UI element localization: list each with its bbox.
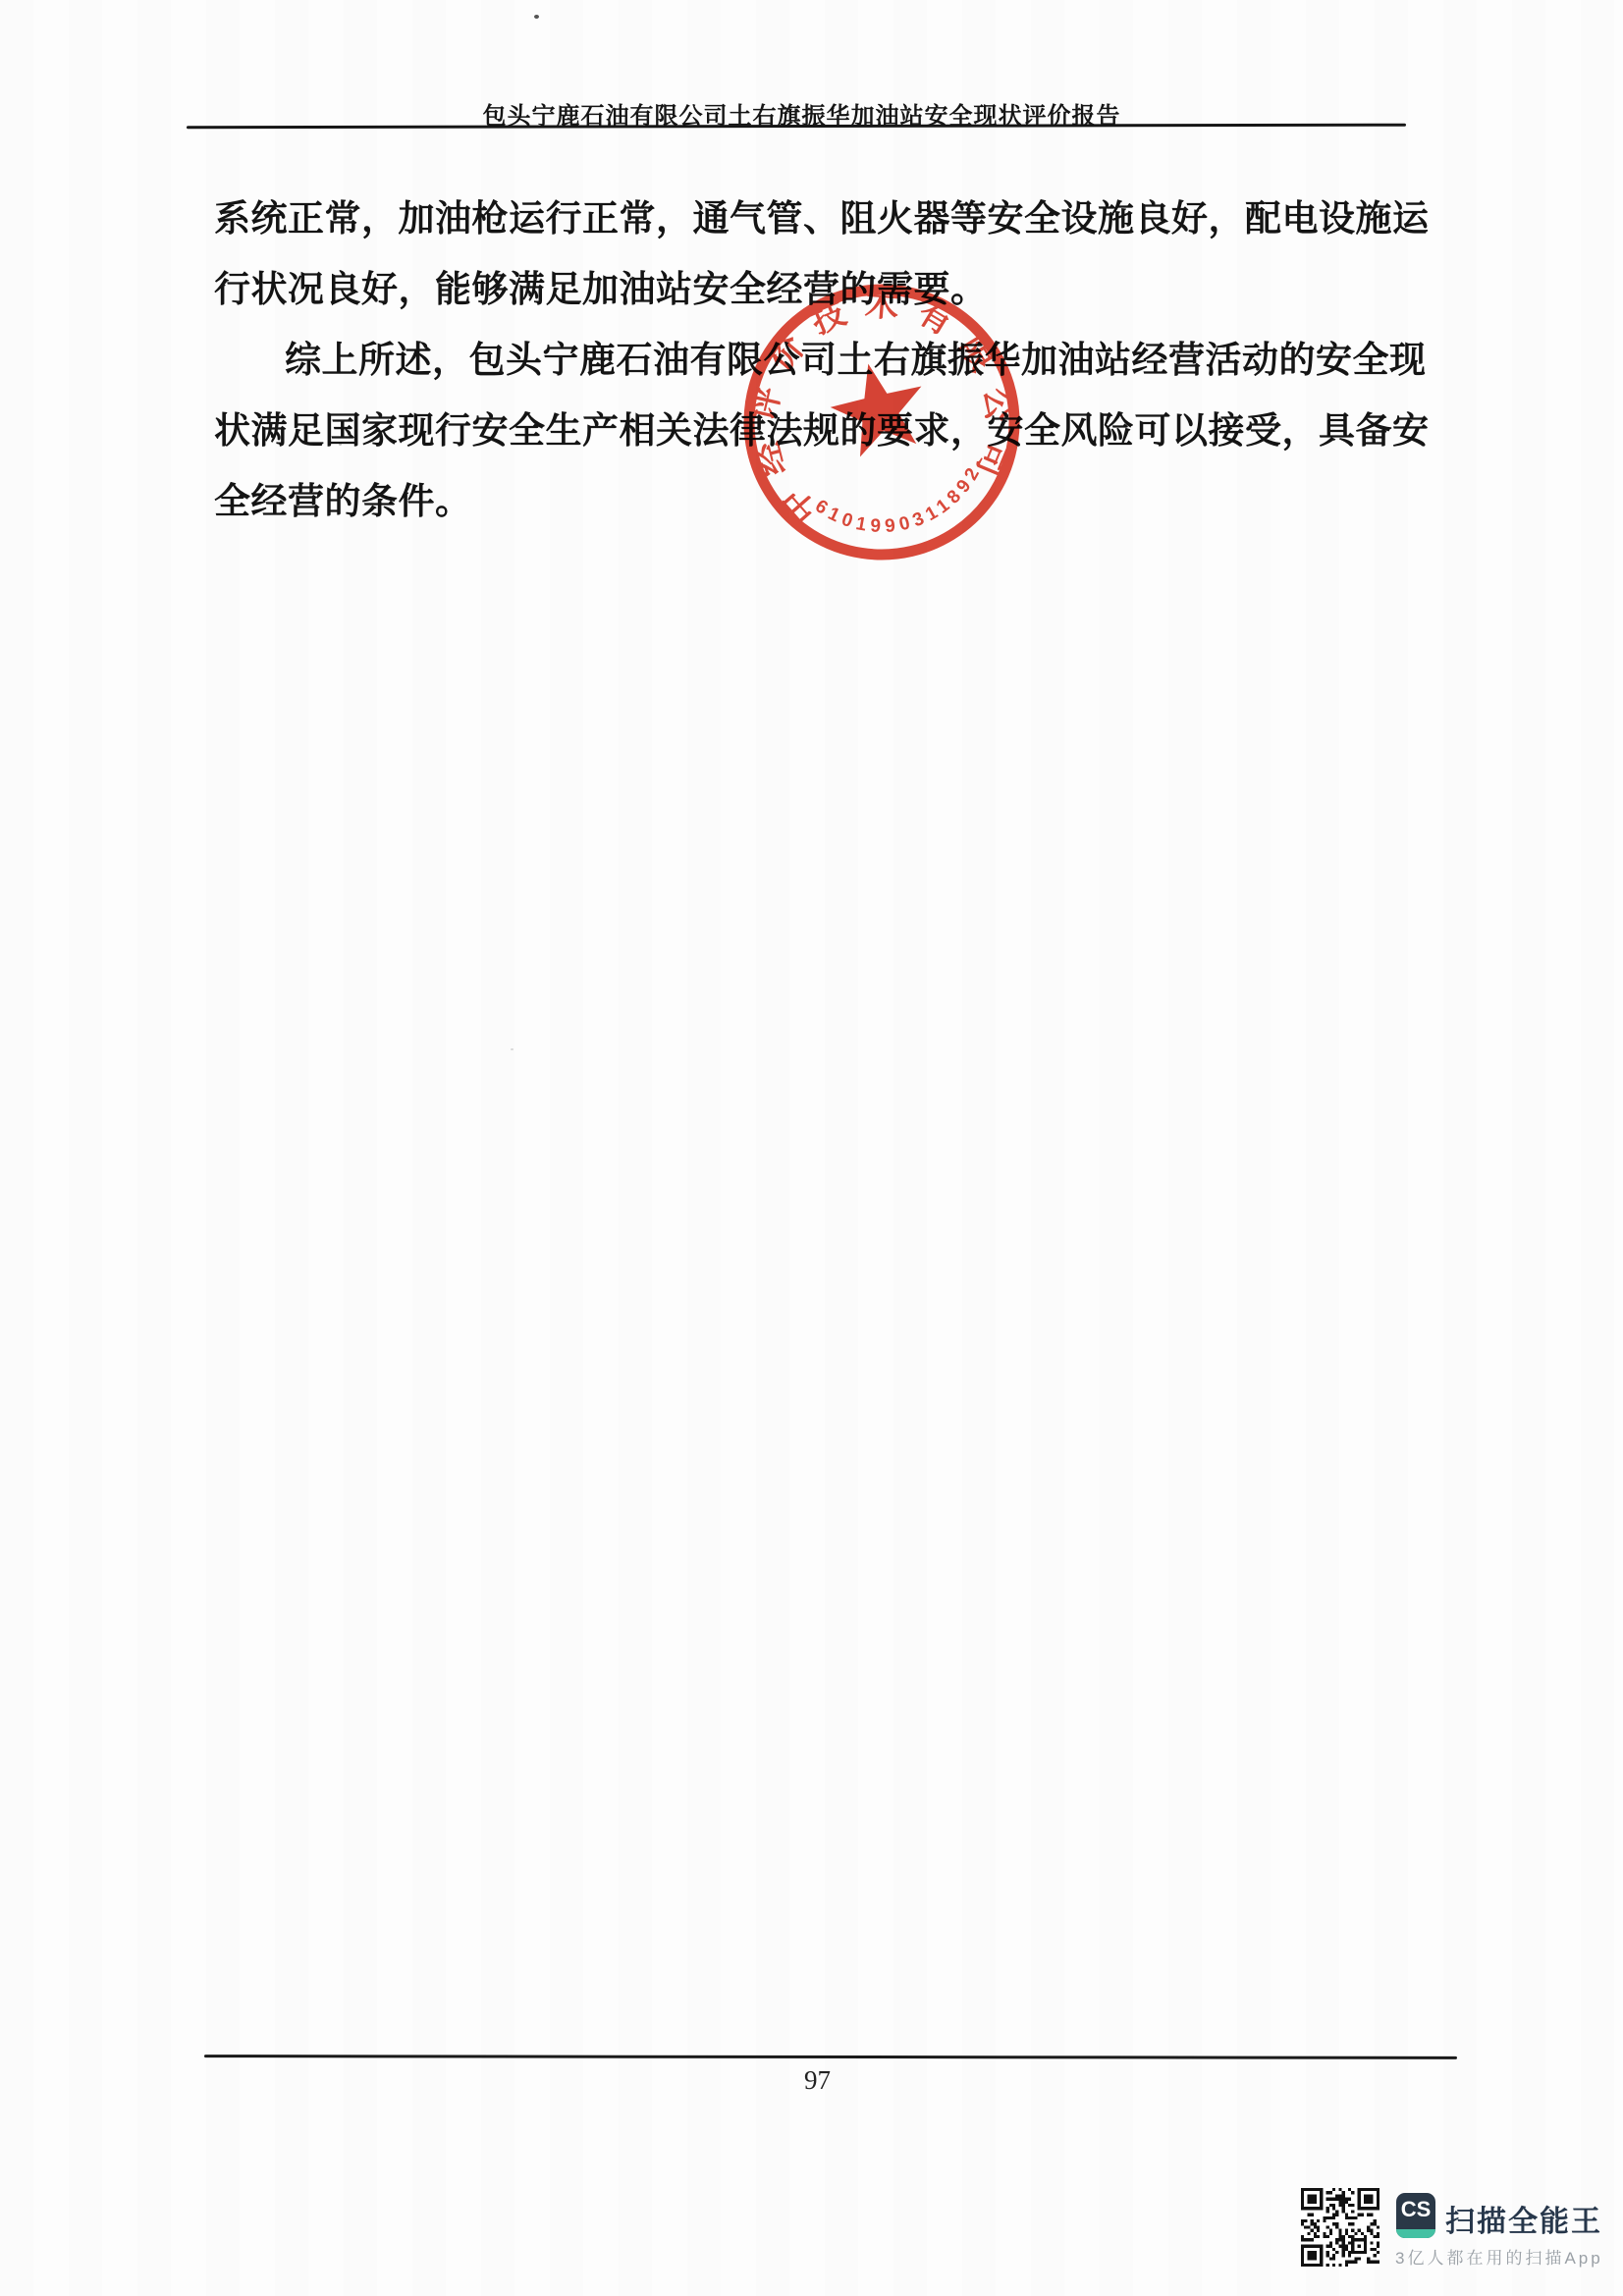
qr-code-icon (1301, 2188, 1380, 2267)
camscanner-logo-text: CS (1396, 2197, 1435, 2222)
camscanner-watermark: CS 扫描全能王 3亿人都在用的扫描App (1301, 2185, 1596, 2275)
footer-rule (204, 2055, 1457, 2059)
page-number: 97 (0, 2065, 1623, 2096)
body-text-line: 全经营的条件。 (214, 471, 472, 524)
company-seal-stamp: 中经评价技术有限公司 6101990311892 (705, 245, 1058, 599)
scanned-report-page: 包头宁鹿石油有限公司土右旗振华加油站安全现状评价报告 系统正常，加油枪运行正常，… (0, 0, 1623, 2296)
seal-star-icon (823, 353, 934, 461)
body-text-line: 系统正常，加油枪运行正常，通气管、阻火器等安全设施良好，配电设施运 (214, 188, 1430, 241)
camscanner-app-name: 扫描全能王 (1445, 2197, 1602, 2240)
svg-text:6101990311892: 6101990311892 (808, 457, 997, 555)
scan-speckle (511, 1048, 514, 1050)
seal-serial-number: 6101990311892 (808, 457, 997, 555)
camscanner-tagline: 3亿人都在用的扫描App (1395, 2244, 1603, 2269)
scan-speckle (534, 15, 539, 19)
camscanner-logo-strip (1396, 2229, 1435, 2238)
seal-graphic: 中经评价技术有限公司 6101990311892 (705, 245, 1058, 599)
camscanner-logo-icon: CS (1396, 2193, 1435, 2238)
